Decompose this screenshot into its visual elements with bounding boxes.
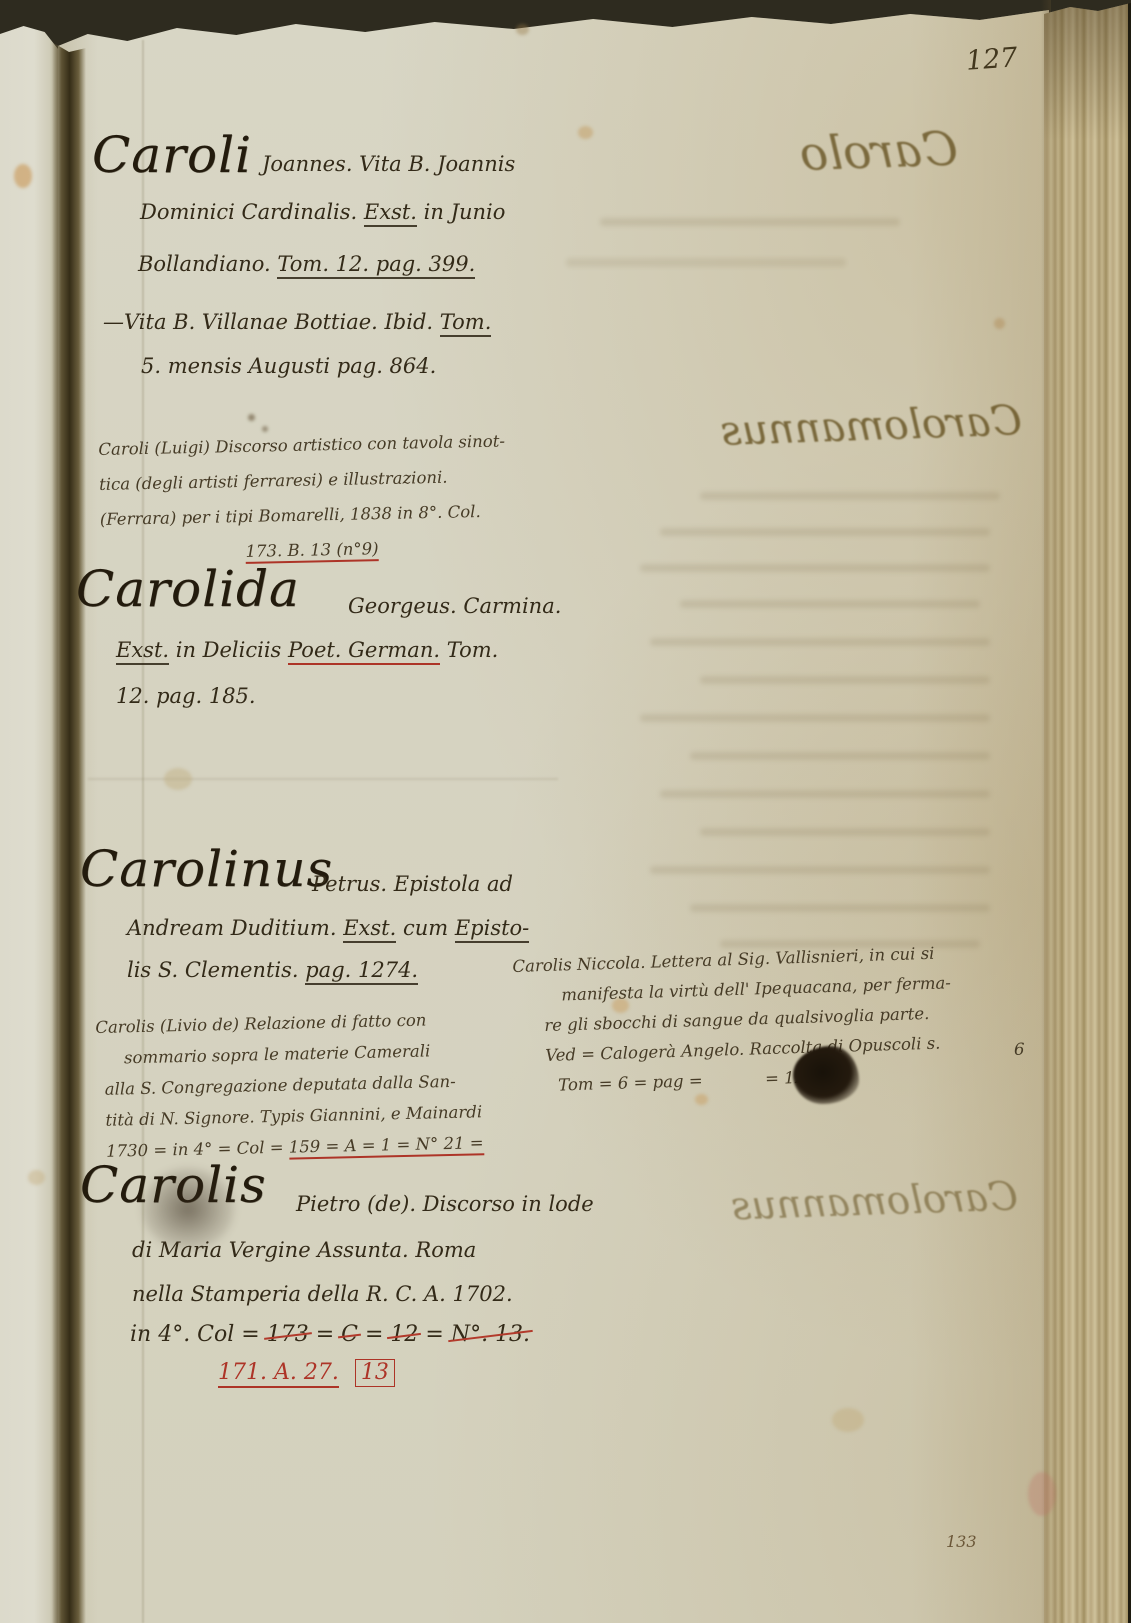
entry-text-line: Exst. in Deliciis Poet. German. Tom.: [116, 638, 498, 662]
entry-text-line: 5. mensis Augusti pag. 864.: [141, 354, 436, 378]
corner-number: 133: [946, 1532, 977, 1551]
underlined-text: Exst.: [364, 200, 417, 227]
text-segment: in 4°. Col =: [130, 1322, 267, 1347]
ghost-text-streak: [690, 904, 990, 912]
stray-numeral: 6: [1014, 1040, 1025, 1059]
red-underlined-text: Poet. German.: [288, 638, 440, 665]
foxing-stain: [164, 768, 192, 790]
ghost-text-streak: [700, 676, 990, 684]
text-segment: cum: [396, 916, 455, 940]
text-segment: =: [358, 1322, 390, 1347]
entry-headword-caroli: Caroli: [92, 126, 252, 184]
entry-headword-carolida: Carolida: [76, 560, 300, 618]
text-segment: lis S. Clementis.: [127, 958, 305, 982]
ghost-text-streak: [600, 218, 900, 226]
ghost-text-streak: [650, 638, 990, 646]
entry-text-line: Dominici Cardinalis. Exst. in Junio: [140, 200, 505, 224]
entry-text-line: Georgeus. Carmina.: [348, 594, 561, 618]
struck-out-text: N°. 13.: [451, 1322, 530, 1347]
text-segment: Tom = 6 = pag =: [558, 1071, 708, 1095]
ink-speck: [248, 414, 255, 421]
blotted-text-gap: [708, 1084, 760, 1086]
text-segment: Bollandiano.: [138, 252, 277, 276]
entry-caroli-luigi: Caroli (Luigi) Discorso artistico con ta…: [98, 423, 507, 571]
entry-text-line: Joannes. Vita B. Joannis: [262, 152, 515, 176]
boxed-number: 13: [355, 1359, 395, 1387]
underlined-text: Tom. 12. pag. 399.: [277, 252, 475, 279]
text-segment: =: [418, 1322, 450, 1347]
entry-carolis-niccola: Carolis Niccola. Lettera al Sig. Vallisn…: [512, 938, 954, 1102]
entry-carolis-livio: Carolis (Livio de) Relazione di fatto co…: [95, 1003, 484, 1167]
underlined-text: Exst.: [116, 638, 169, 665]
page-crease: [142, 40, 144, 1623]
red-underlined-shelfmark: 159 = A = 1 = N° 21 =: [289, 1133, 484, 1159]
entry-text-line: Petrus. Epistola ad: [312, 872, 513, 896]
manuscript-page: [58, 0, 1049, 1623]
foxing-stain: [28, 1170, 45, 1185]
foxing-stain: [832, 1408, 864, 1432]
text-segment: Tom.: [440, 638, 498, 662]
entry-text-line: Bollandiano. Tom. 12. pag. 399.: [138, 252, 475, 276]
ghost-text-streak: [660, 528, 990, 536]
shelfmark-line: in 4°. Col = 173 = C = 12 = N°. 13.: [130, 1322, 530, 1347]
entry-text-line: nella Stamperia della R. C. A. 1702.: [132, 1282, 513, 1306]
text-segment: —Vita B. Villanae Bottiae. Ibid.: [103, 310, 440, 334]
text-segment: =: [309, 1322, 341, 1347]
book-fore-edge: [1044, 0, 1131, 1623]
ghost-text-streak: [650, 866, 990, 874]
ghost-text-streak: [660, 790, 990, 798]
ghost-text-streak: [640, 564, 990, 572]
corrected-shelfmark-line: 171. A. 27.13: [218, 1360, 395, 1385]
underlined-text: Episto-: [455, 916, 529, 943]
underlined-text: Tom.: [440, 310, 492, 337]
red-shelfmark: 171. A. 27.: [218, 1360, 339, 1388]
entry-text-line: 12. pag. 185.: [116, 684, 256, 708]
foxing-stain: [14, 164, 32, 188]
entry-text-line: Andream Duditium. Exst. cum Episto-: [127, 916, 529, 940]
text-segment: Andream Duditium.: [127, 916, 343, 940]
manuscript-scan: Carolo Carolomannus Carolomannus 127 Car…: [0, 0, 1131, 1623]
page-crease: [88, 778, 558, 780]
ghost-text-streak: [700, 492, 1000, 500]
text-segment: in Junio: [417, 200, 505, 224]
ghost-text-streak: [680, 600, 980, 608]
stain-pink: [1028, 1472, 1056, 1516]
struck-out-text: 173: [267, 1322, 309, 1347]
entry-text-line: lis S. Clementis. pag. 1274.: [127, 958, 418, 982]
text-segment: in Deliciis: [169, 638, 288, 662]
folio-number: 127: [965, 42, 1019, 77]
entry-text-line: —Vita B. Villanae Bottiae. Ibid. Tom.: [103, 310, 491, 334]
underlined-text: Exst.: [343, 916, 396, 943]
ghost-text-streak: [640, 714, 990, 722]
ghost-text-streak: [700, 828, 990, 836]
struck-out-text: C: [341, 1322, 358, 1347]
book-gutter-shadow: [52, 18, 86, 1623]
foxing-stain: [994, 318, 1005, 329]
foxing-stain: [578, 126, 593, 139]
entry-text-line: di Maria Vergine Assunta. Roma: [132, 1238, 476, 1262]
ink-blot: [793, 1046, 859, 1104]
foxing-stain: [516, 24, 529, 35]
ghost-text-streak: [566, 258, 846, 267]
entry-headword-carolinus: Carolinus: [80, 840, 333, 898]
text-segment: Dominici Cardinalis.: [140, 200, 364, 224]
ghost-text-streak: [690, 752, 990, 760]
struck-out-text: 12: [390, 1322, 418, 1347]
entry-text-line: Pietro (de). Discorso in lode: [296, 1192, 594, 1216]
underlined-text: pag. 1274.: [305, 958, 418, 985]
